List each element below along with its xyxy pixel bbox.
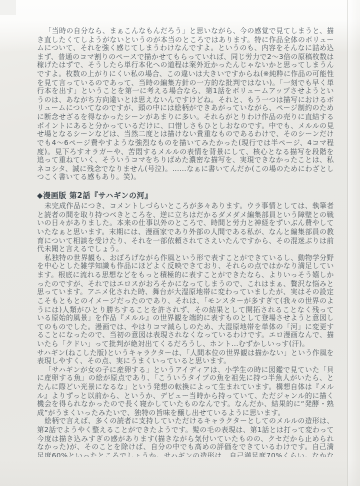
scan-bottom-shade [0, 460, 360, 486]
section-heading: ◆漫画版 第2話『サハギンの河』 [37, 191, 334, 200]
paragraph-unfinished-work: 未完成作品につき、コメントしづらいところが多々あります。ウラ事情としては、執筆者… [37, 202, 334, 254]
scan-corner-shade [0, 0, 16, 15]
paragraph-worldview: 私独特の世界観も、おぼろげながら作風という形で表すことができているし、動物学分野… [37, 254, 334, 349]
paragraph-sahagin-character: サハギン(ねこした版)というキャラクターは、「人間本位の世界観は描かない」という… [37, 349, 334, 366]
scanned-page: 「当時の自分なら、まぁこんなもんだろう」と思いながら、今の感覚で見てしまうと、描… [0, 0, 360, 486]
paragraph-volume-regrets: 「当時の自分なら、まぁこんなもんだろう」と思いながら、今の感覚で見てしまうと、描… [37, 27, 334, 182]
body-text: 「当時の自分なら、まぁこんなもんだろう」と思いながら、今の感覚で見てしまうと、描… [37, 27, 334, 457]
paragraph-idea-origin: 「サハギンが女の子に産卵する」というアイディアは、小学生の時に図鑑で見ていた「貝… [37, 366, 334, 418]
scan-right-edge-seam [347, 0, 360, 486]
paragraph-art-self-rating: 絵柄で言えば、多くの読者に支持していただけるキャラクターとしてのメルルの造形は、… [37, 417, 334, 457]
